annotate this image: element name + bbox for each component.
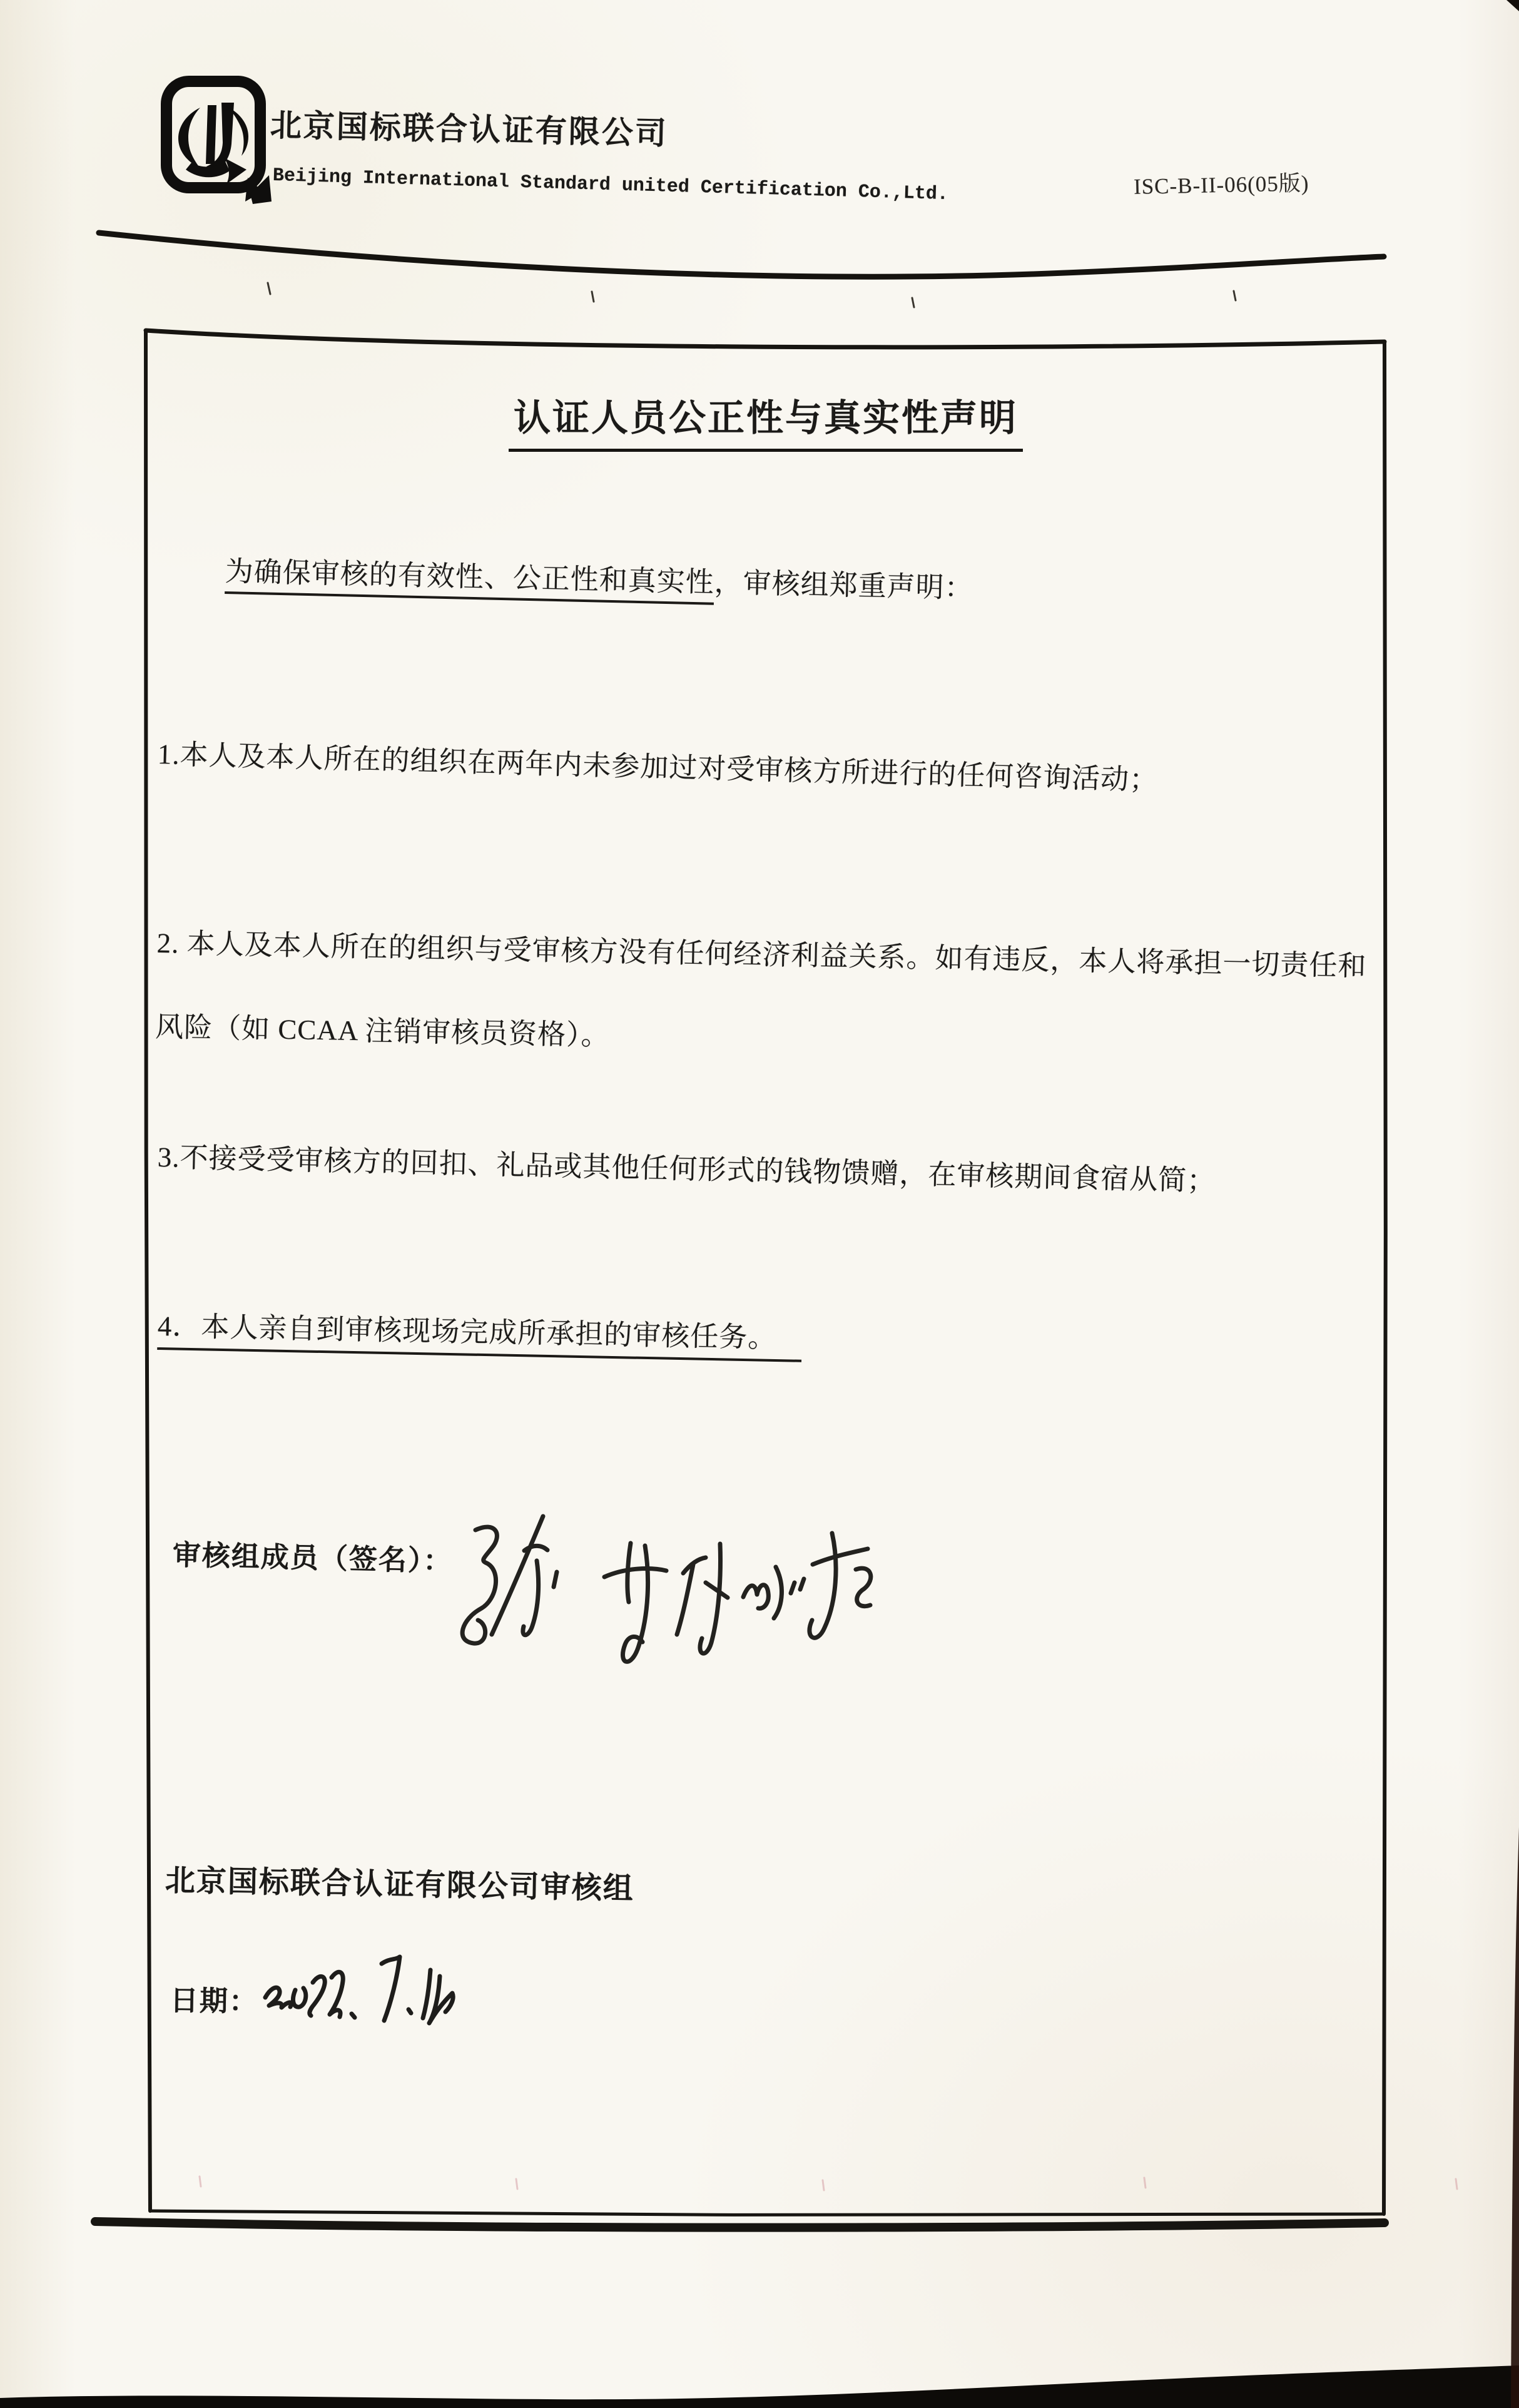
handwritten-date — [265, 1957, 453, 2023]
header-rule — [99, 233, 1384, 277]
declaration-item-4: 4．本人亲自到审核现场完成所承担的审核任务。 — [157, 1303, 802, 1356]
signature-3 — [743, 1533, 871, 1638]
scanned-document-page: { "document": { "header": { "logo_icon":… — [0, 0, 1519, 2408]
page-title-text: 认证人员公正性与真实性声明 — [509, 388, 1023, 452]
scan-specks — [268, 283, 1236, 307]
signature-2 — [604, 1543, 728, 1661]
declaration-item-1: 1.本人及本人所在的组织在两年内未参加过对受审核方所进行的任何咨询活动； — [157, 731, 1159, 798]
signature-1 — [462, 1516, 557, 1643]
intro-paragraph: 为确保审核的有效性、公正性和真实性，审核组郑重声明： — [225, 548, 973, 606]
intro-underlined-text: 为确保审核的有效性、公正性和真实性 — [225, 556, 714, 605]
scan-ticks-pink — [200, 2176, 1457, 2190]
signature-label: 审核组成员（签名）： — [172, 1532, 453, 1579]
date-label: 日期： — [170, 1977, 259, 2019]
declaration-item-4-text: 4．本人亲自到审核现场完成所承担的审核任务。 — [157, 1310, 802, 1362]
header-company-name-cn: 北京国标联合认证有限公司 — [270, 100, 668, 153]
footer-team-line: 北京国标联合认证有限公司审核组 — [165, 1856, 634, 1907]
declaration-box-border — [95, 330, 1386, 2228]
page-title: 认证人员公正性与真实性声明 — [146, 388, 1386, 452]
corner-nick — [1506, 0, 1519, 11]
company-logo-icon — [166, 81, 272, 204]
declaration-item-3: 3.不接受受审核方的回扣、礼品或其他任何形式的钱物馈赠，在审核期间食宿从简； — [157, 1134, 1216, 1198]
doc-code: ISC-B-II-06(05版) — [1134, 166, 1309, 201]
declaration-item-2: 2. 本人及本人所在的组织与受审核方没有任何经济利益关系。如有违反，本人将承担一… — [155, 901, 1368, 1092]
right-edge-streak — [1511, 1827, 1519, 2408]
bottom-edge-band — [0, 2365, 1519, 2408]
header-company-name-en: Beijing International Standard united Ce… — [273, 165, 949, 205]
scan-edge-artifacts — [0, 0, 1519, 2408]
intro-rest-text: ，审核组郑重声明： — [714, 567, 973, 604]
scan-artwork — [0, 0, 1519, 2408]
handwritten-signatures — [462, 1516, 871, 1661]
